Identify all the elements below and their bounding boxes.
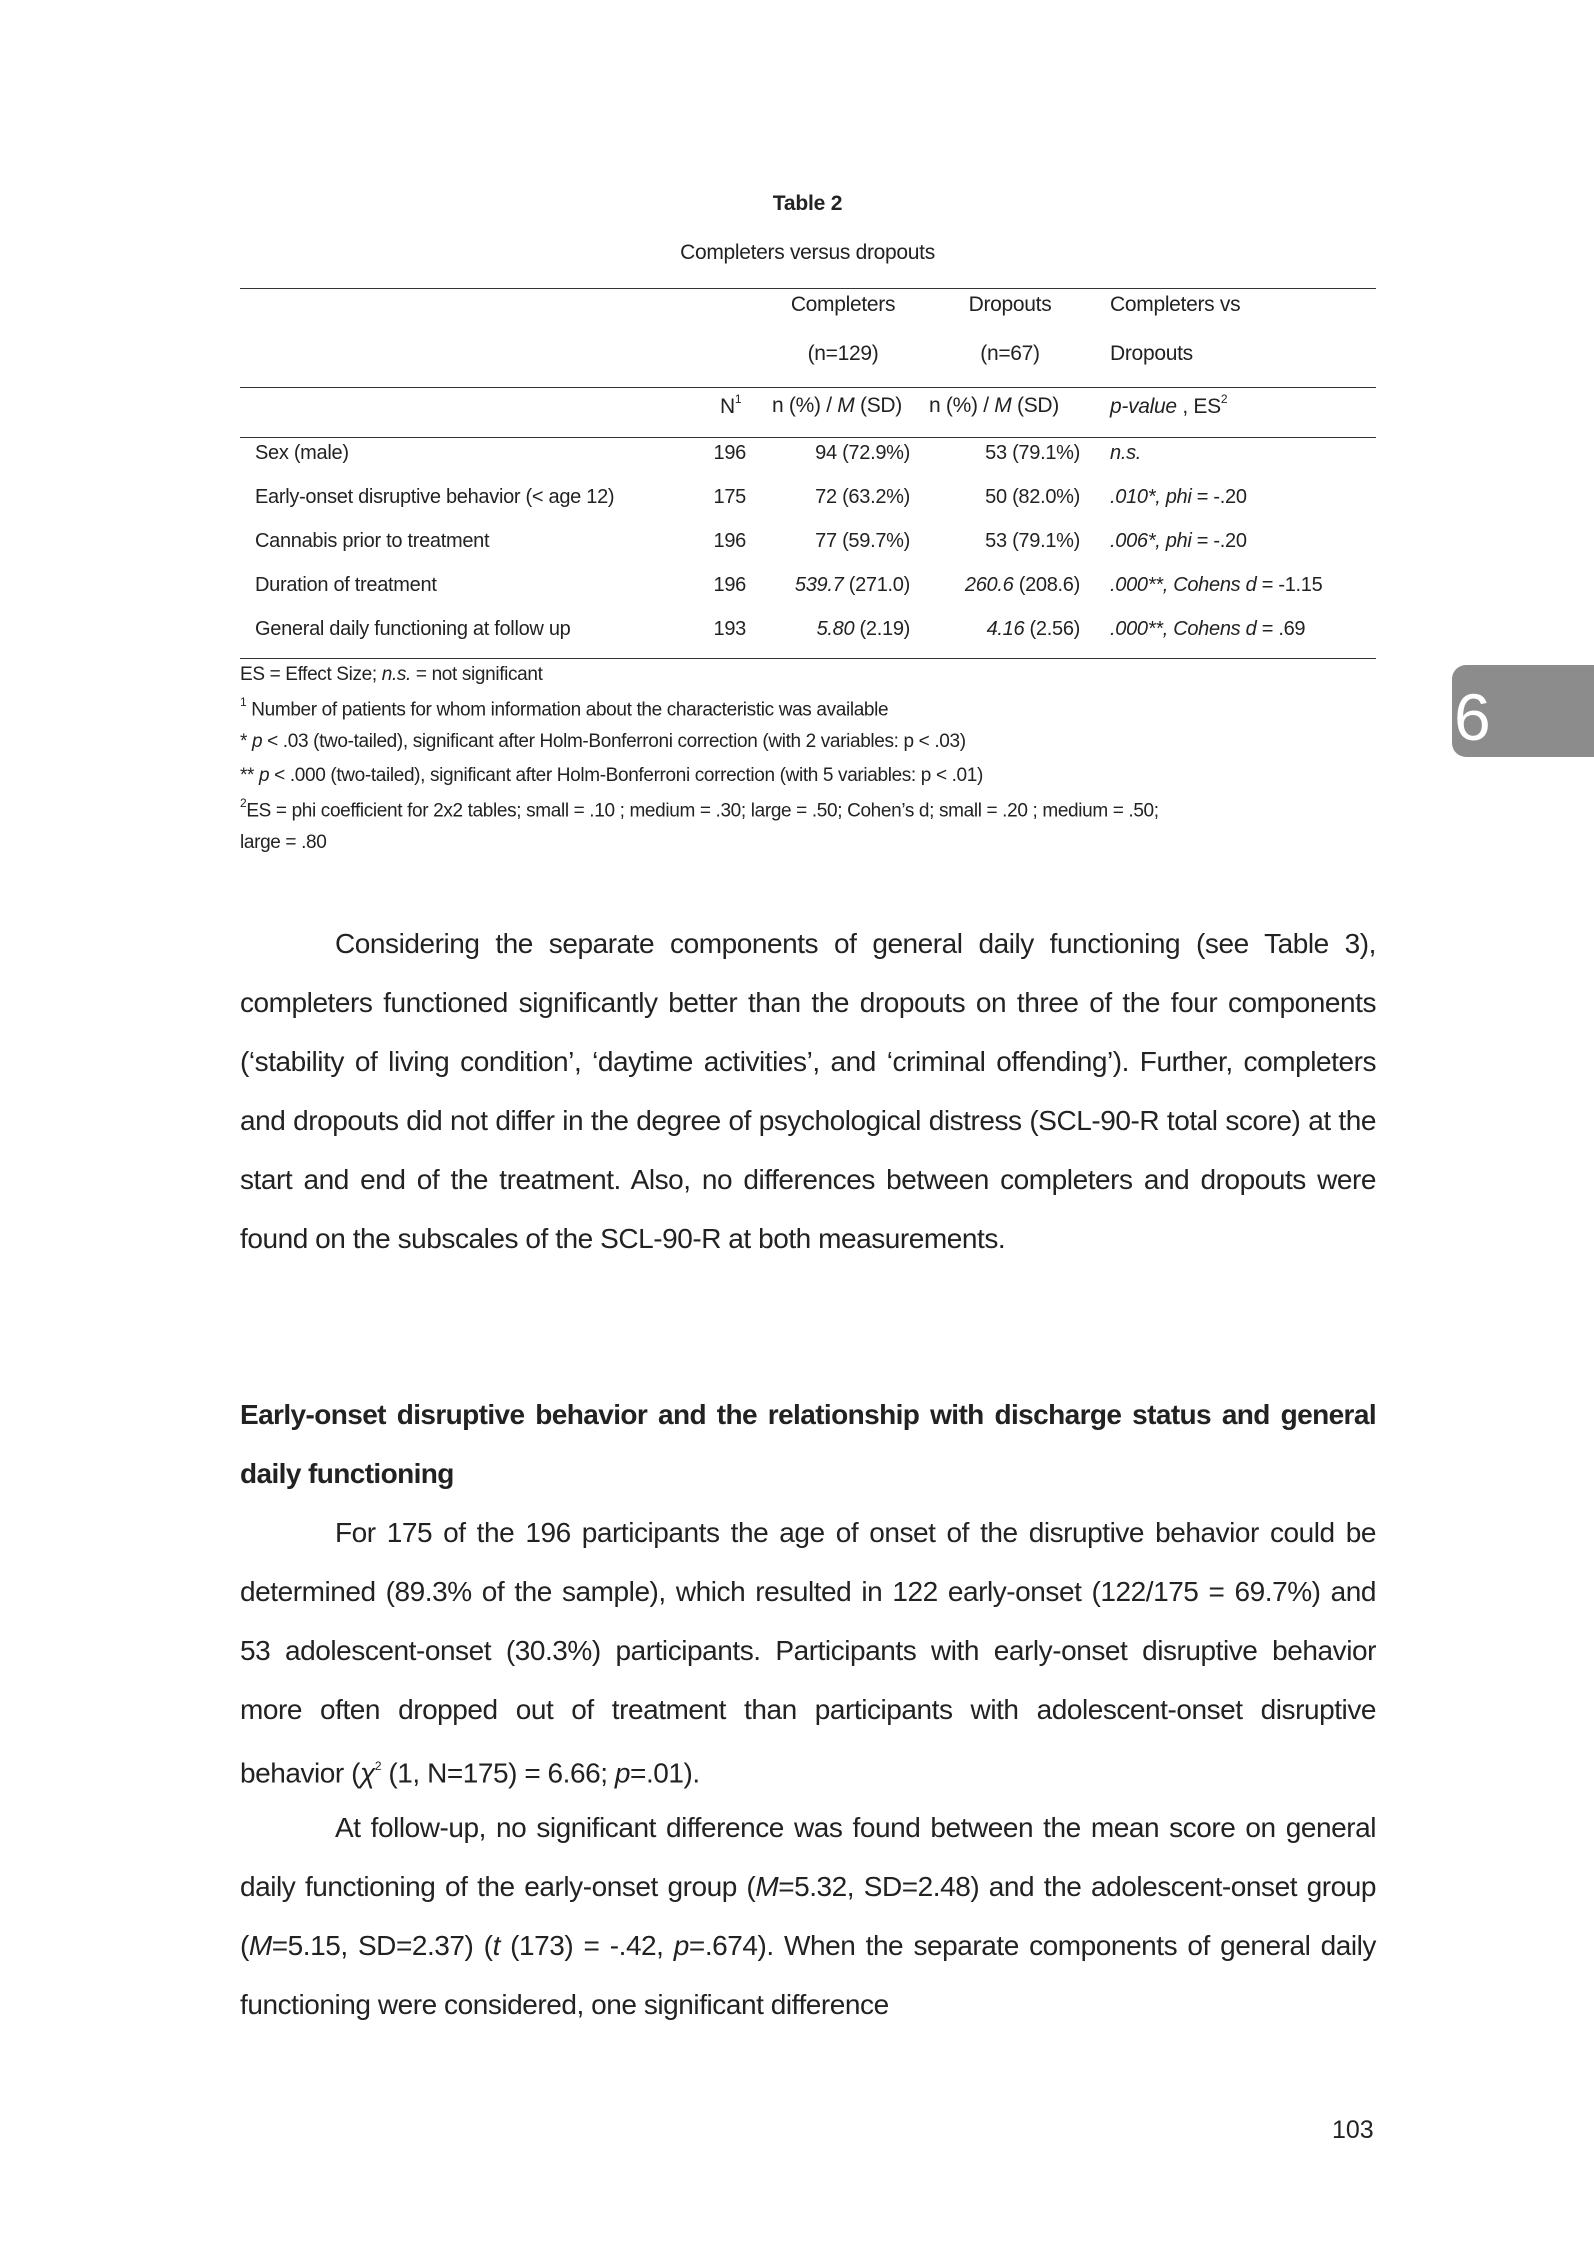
row-completers: 539.7 (271.0) bbox=[770, 574, 910, 597]
paragraph-completers-components: Considering the separate components of g… bbox=[240, 914, 1376, 1268]
completers-detail: (72.9%) bbox=[837, 442, 910, 464]
header-dropouts: Dropouts bbox=[940, 293, 1080, 317]
row-pvalue-es: .010*, phi = -.20 bbox=[1110, 486, 1247, 509]
completers-value: 72 bbox=[815, 486, 837, 508]
row-n: 193 bbox=[690, 618, 746, 641]
fn-text: < .000 (two-tailed), significant after H… bbox=[269, 765, 983, 786]
fn-text: Number of patients for whom information … bbox=[246, 699, 888, 720]
header-es: , ES bbox=[1177, 395, 1221, 418]
header-dropouts-stats: n (%) / M (SD) bbox=[929, 394, 1059, 418]
row-dropouts: 53 (79.1%) bbox=[940, 442, 1080, 465]
header-completers: Completers bbox=[768, 293, 918, 317]
mean-symbol: M bbox=[755, 1871, 778, 1902]
stat-mean: M bbox=[837, 394, 854, 417]
stat-label: n (%) / bbox=[772, 394, 837, 417]
header-completers-n: (n=129) bbox=[768, 342, 918, 366]
paragraph-text: Considering the separate components of g… bbox=[240, 928, 1376, 1254]
footnote-es2: 2ES = phi coefficient for 2x2 tables; sm… bbox=[240, 798, 1159, 822]
paragraph-text: (173) = -.42, bbox=[500, 1930, 674, 1961]
dropouts-detail: (79.1%) bbox=[1007, 442, 1080, 464]
row-label-text: Early-onset disruptive behavior (< age 1… bbox=[255, 486, 614, 508]
fn-text: < .03 (two-tailed), significant after Ho… bbox=[262, 731, 966, 752]
row-n-value: 175 bbox=[714, 486, 746, 508]
row-label: Cannabis prior to treatment bbox=[255, 530, 489, 553]
dropouts-value: 53 bbox=[985, 530, 1007, 552]
completers-value: 77 bbox=[815, 530, 837, 552]
dropouts-value: 53 bbox=[985, 442, 1007, 464]
fn-mark: ** bbox=[240, 765, 259, 786]
fn-mark: * bbox=[240, 731, 252, 752]
footnote-double-star: ** p < .000 (two-tailed), significant af… bbox=[240, 765, 983, 787]
chi-square-mark: 2 bbox=[375, 1759, 381, 1773]
table-header-rule bbox=[240, 387, 1376, 388]
row-label: Sex (male) bbox=[255, 442, 349, 465]
p-value: n.s. bbox=[1110, 442, 1141, 464]
header-es-footnote-mark: 2 bbox=[1221, 392, 1227, 406]
paragraph-text: =5.15, SD=2.37) ( bbox=[272, 1930, 493, 1961]
header-pvalue-es: p-value , ES2 bbox=[1110, 394, 1227, 419]
row-completers: 94 (72.9%) bbox=[770, 442, 910, 465]
footnote-single-star: * p < .03 (two-tailed), significant afte… bbox=[240, 731, 966, 753]
footnote-n: 1 Number of patients for whom informatio… bbox=[240, 697, 888, 721]
header-comparison: Completers vs bbox=[1110, 293, 1240, 317]
row-completers: 72 (63.2%) bbox=[770, 486, 910, 509]
row-label-text: Duration of treatment bbox=[255, 574, 437, 596]
row-pvalue-es: n.s. bbox=[1110, 442, 1141, 465]
row-label: Duration of treatment bbox=[255, 574, 437, 597]
mean-symbol: M bbox=[249, 1930, 272, 1961]
fn-p: p bbox=[259, 765, 269, 786]
row-dropouts: 4.16 (2.56) bbox=[940, 618, 1080, 641]
p-value: .006* bbox=[1110, 530, 1155, 552]
header-comparison-line2: Dropouts bbox=[1110, 342, 1193, 366]
document-page: Table 2 Completers versus dropouts Compl… bbox=[0, 0, 1594, 2250]
dropouts-detail: (2.56) bbox=[1024, 618, 1080, 640]
completers-value: 94 bbox=[815, 442, 837, 464]
fn-text: = not significant bbox=[411, 664, 543, 685]
effect-size-value: = .69 bbox=[1256, 618, 1305, 640]
row-label-text: Sex (male) bbox=[255, 442, 349, 464]
stat-label: n (%) / bbox=[929, 394, 994, 417]
row-pvalue-es: .000**, Cohens d = .69 bbox=[1110, 618, 1305, 641]
row-dropouts: 260.6 (208.6) bbox=[940, 574, 1080, 597]
p-value: .000** bbox=[1110, 618, 1163, 640]
row-n: 196 bbox=[690, 442, 746, 465]
t-symbol: t bbox=[493, 1930, 500, 1961]
row-n-value: 196 bbox=[714, 442, 746, 464]
footnote-es: ES = Effect Size; n.s. = not significant bbox=[240, 664, 543, 686]
table-bottom-rule bbox=[240, 658, 1376, 659]
completers-detail: (59.7%) bbox=[837, 530, 910, 552]
paragraph-onset-participants: For 175 of the 196 participants the age … bbox=[240, 1503, 1376, 1802]
effect-size-value: = -.20 bbox=[1192, 486, 1247, 508]
p-symbol: p bbox=[615, 1757, 630, 1788]
row-n-value: 196 bbox=[714, 530, 746, 552]
header-pvalue: p-value bbox=[1110, 395, 1177, 418]
fn-text: ES = Effect Size; bbox=[240, 664, 382, 685]
page-number: 103 bbox=[1332, 2116, 1374, 2145]
effect-size-value: = -1.15 bbox=[1256, 574, 1322, 596]
fn-mark: 2 bbox=[240, 796, 246, 810]
effect-size-stat: , Cohens d bbox=[1163, 618, 1257, 640]
row-label-text: Cannabis prior to treatment bbox=[255, 530, 489, 552]
row-n: 196 bbox=[690, 574, 746, 597]
table-caption: Completers versus dropouts bbox=[240, 241, 1375, 265]
table-label: Table 2 bbox=[240, 192, 1375, 216]
p-symbol: p bbox=[674, 1930, 689, 1961]
completers-detail: (271.0) bbox=[843, 574, 910, 596]
table-top-rule bbox=[240, 288, 1376, 289]
paragraph-text: For 175 of the 196 participants the age … bbox=[240, 1517, 1376, 1788]
header-n-footnote-mark: 1 bbox=[735, 392, 741, 406]
chapter-number: 6 bbox=[1454, 684, 1491, 750]
fn-p: p bbox=[252, 731, 262, 752]
row-completers: 5.80 (2.19) bbox=[770, 618, 910, 641]
dropouts-detail: (82.0%) bbox=[1007, 486, 1080, 508]
table-subheader-rule bbox=[240, 437, 1376, 438]
header-dropouts-n: (n=67) bbox=[940, 342, 1080, 366]
paragraph-text: =.01). bbox=[630, 1757, 700, 1788]
dropouts-value: 4.16 bbox=[987, 618, 1025, 640]
dropouts-detail: (79.1%) bbox=[1007, 530, 1080, 552]
row-label: General daily functioning at follow up bbox=[255, 618, 570, 641]
header-n-text: N bbox=[720, 395, 735, 418]
row-dropouts: 50 (82.0%) bbox=[940, 486, 1080, 509]
row-n: 175 bbox=[690, 486, 746, 509]
completers-detail: (2.19) bbox=[854, 618, 910, 640]
row-label-text: General daily functioning at follow up bbox=[255, 618, 570, 640]
row-pvalue-es: .000**, Cohens d = -1.15 bbox=[1110, 574, 1322, 597]
row-n-value: 193 bbox=[714, 618, 746, 640]
effect-size-value: = -.20 bbox=[1192, 530, 1247, 552]
paragraph-follow-up: At follow-up, no significant difference … bbox=[240, 1798, 1376, 2034]
stat-mean: M bbox=[994, 394, 1011, 417]
p-value: .010* bbox=[1110, 486, 1155, 508]
effect-size-stat: , Cohens d bbox=[1163, 574, 1257, 596]
completers-value: 539.7 bbox=[795, 574, 844, 596]
row-pvalue-es: .006*, phi = -.20 bbox=[1110, 530, 1247, 553]
completers-value: 5.80 bbox=[817, 618, 855, 640]
dropouts-value: 50 bbox=[985, 486, 1007, 508]
section-heading: Early-onset disruptive behavior and the … bbox=[240, 1385, 1376, 1503]
footnote-es2-cont: large = .80 bbox=[240, 832, 326, 854]
paragraph-text: (1, N=175) = 6.66; bbox=[381, 1757, 615, 1788]
fn-ns: n.s. bbox=[382, 664, 411, 685]
row-n-value: 196 bbox=[714, 574, 746, 596]
stat-sd: (SD) bbox=[1011, 394, 1059, 417]
effect-size-stat: , phi bbox=[1155, 530, 1191, 552]
row-completers: 77 (59.7%) bbox=[770, 530, 910, 553]
stat-sd: (SD) bbox=[854, 394, 902, 417]
row-n: 196 bbox=[690, 530, 746, 553]
chi-symbol: χ bbox=[360, 1757, 375, 1788]
row-dropouts: 53 (79.1%) bbox=[940, 530, 1080, 553]
header-completers-stats: n (%) / M (SD) bbox=[772, 394, 902, 418]
completers-detail: (63.2%) bbox=[837, 486, 910, 508]
p-value: .000** bbox=[1110, 574, 1163, 596]
header-n: N1 bbox=[720, 394, 741, 419]
fn-text: ES = phi coefficient for 2x2 tables; sma… bbox=[246, 800, 1158, 821]
effect-size-stat: , phi bbox=[1155, 486, 1191, 508]
row-label: Early-onset disruptive behavior (< age 1… bbox=[255, 486, 614, 509]
fn-mark: 1 bbox=[240, 695, 246, 709]
dropouts-detail: (208.6) bbox=[1013, 574, 1080, 596]
dropouts-value: 260.6 bbox=[965, 574, 1014, 596]
